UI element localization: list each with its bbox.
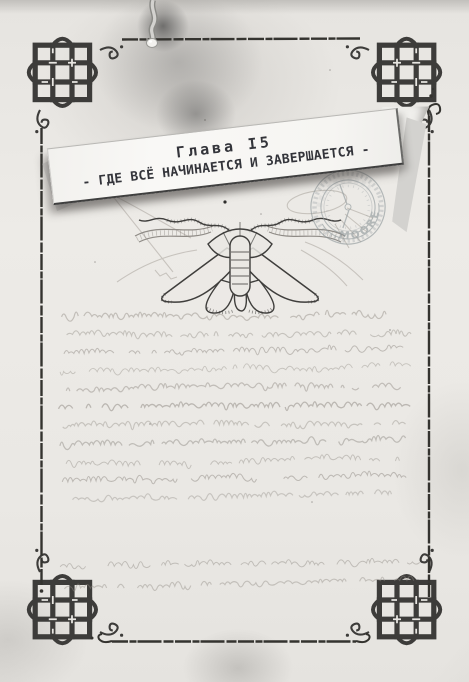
- handwriting-line: [60, 558, 420, 570]
- hanging-string-icon: [138, 0, 178, 52]
- book-page[interactable]: MOORE Глава I5 - ГДЕ ВСЁ НАЧИНАЕТСЯ И ЗА…: [0, 0, 469, 682]
- stamp-clock-hands: [329, 184, 355, 228]
- handwriting-line: [66, 381, 400, 394]
- handwriting-line: [66, 453, 399, 469]
- handwriting-line: [64, 344, 403, 357]
- handwriting-line: [62, 471, 406, 485]
- handwritten-text-block: [55, 302, 423, 606]
- handwriting-line: [67, 327, 411, 340]
- handwriting-line: [62, 309, 413, 323]
- handwriting-line: [72, 490, 391, 502]
- handwriting-line: [63, 418, 406, 431]
- handwriting-line: [58, 399, 410, 413]
- handwriting-line: [64, 576, 414, 592]
- handwriting-line: [60, 362, 411, 376]
- corner-ornament-top-left: [29, 39, 123, 133]
- handwriting-line: [60, 435, 406, 449]
